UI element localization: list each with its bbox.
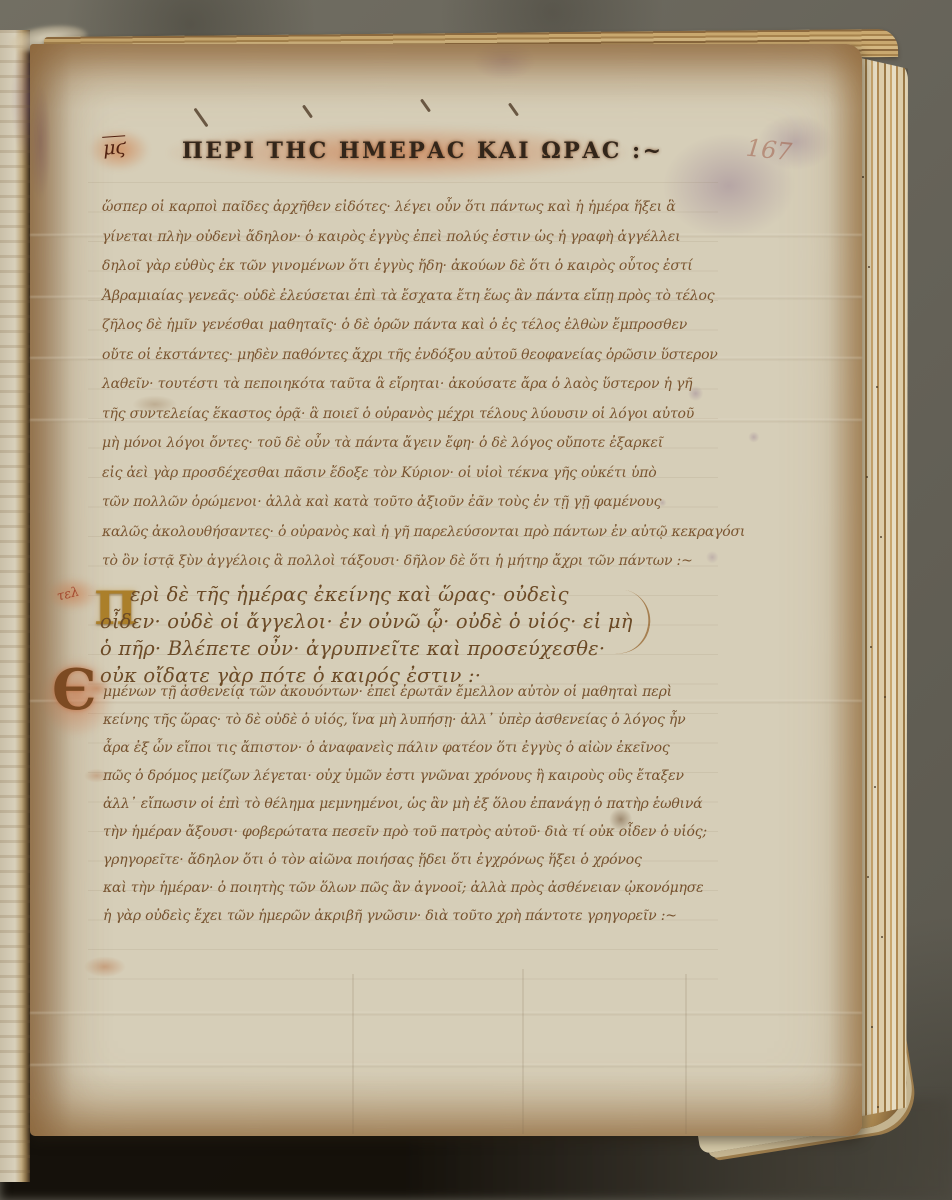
pen-stroke xyxy=(508,102,519,116)
text-line: μμένων τῇ ἀσθενείᾳ τῶν ἀκουόντων· ἐπεὶ ἐ… xyxy=(103,678,668,706)
text-line: δηλοῖ γὰρ εὐθὺς ἐκ τῶν γινομένων ὅτι ἐγγ… xyxy=(102,252,667,282)
pen-stroke xyxy=(302,104,313,118)
binding-gutter-edge xyxy=(0,30,30,1182)
manuscript-photograph: μϛ ΠΕΡΙ ΤΗϹ ΗΜΕΡΑϹ ΚΑΙ ΩΡΑϹ :~ 167 ὥσπερ… xyxy=(0,0,952,1200)
text-line: κείνης τῆς ὥρας· τὸ δὲ οὐδὲ ὁ υἱός, ἵνα … xyxy=(103,706,668,734)
text-line: τῶν πολλῶν ὁρώμενοι· ἀλλὰ καὶ κατὰ τοῦτο… xyxy=(102,488,667,518)
page-title: ΠΕΡΙ ΤΗϹ ΗΜΕΡΑϹ ΚΑΙ ΩΡΑϹ :~ xyxy=(182,138,622,164)
folio-number: 167 xyxy=(745,134,793,167)
ruling-crease-vertical xyxy=(522,969,524,1134)
text-line: εἰς ἀεὶ γὰρ προσδέχεσθαι πᾶσιν ἔδοξε τὸν… xyxy=(102,459,667,489)
text-line: ὁ πῆρ· Βλέπετε οὖν· ἀγρυπνεῖτε καὶ προσε… xyxy=(100,635,652,662)
text-line: τὸ ὂν ἱστᾷ ξὺν ἀγγέλοις ἃ πολλοὶ τάξουσι… xyxy=(102,547,667,577)
text-line: ἀλλ᾽ εἴπωσιν οἱ ἐπὶ τὸ θέλημα μεμνημένοι… xyxy=(103,790,668,818)
upper-commentary-block: ὥσπερ οἱ καρποὶ παῖδες ἀρχῆθεν εἰδότες· … xyxy=(102,193,667,577)
text-line: γρηγορεῖτε· ἄδηλον ὅτι ὁ τὸν αἰῶνα ποιήσ… xyxy=(103,846,668,874)
ruling-crease-vertical xyxy=(352,974,354,1134)
text-line: τὴν ἡμέραν ἄξουσι· φοβερώτατα πεσεῖν πρὸ… xyxy=(103,818,668,846)
text-line: μὴ μόνοι λόγοι ὄντες· τοῦ δὲ οὖν τὰ πάντ… xyxy=(102,429,667,459)
text-line: ὥσπερ οἱ καρποὶ παῖδες ἀρχῆθεν εἰδότες· … xyxy=(102,193,667,223)
initial-epsilon: Є xyxy=(52,662,97,718)
text-line: ἆρα ἐξ ὧν εἴποι τις ἄπιστον· ὁ ἀναφανεὶς… xyxy=(103,734,668,762)
parchment-crease xyxy=(30,1012,862,1015)
text-line: τῆς συντελείας ἕκαστος ὁρᾷ· ἃ ποιεῖ ὁ οὐ… xyxy=(102,400,667,430)
gospel-lemma-block: ερὶ δὲ τῆς ἡμέρας ἐκείνης καὶ ὥρας· οὐδε… xyxy=(100,581,652,689)
text-line: οἶδεν· οὐδὲ οἱ ἄγγελοι· ἐν οὐνῶ ᾧ· οὐδὲ … xyxy=(100,608,652,635)
pen-stroke xyxy=(420,98,431,112)
text-line: ερὶ δὲ τῆς ἡμέρας ἐκείνης καὶ ὥρας· οὐδε… xyxy=(100,581,652,608)
lower-commentary-block: μμένων τῇ ἀσθενείᾳ τῶν ἀκουόντων· ἐπεὶ ἐ… xyxy=(103,678,668,930)
chapter-number: μϛ xyxy=(102,136,126,160)
text-line: ζῆλος δὲ ἡμῖν γενέσθαι μαθηταῖς· ὁ δὲ ὁρ… xyxy=(102,311,667,341)
text-line: λαθεῖν· τουτέστι τὰ πεποιηκότα ταῦτα ἃ ε… xyxy=(102,370,667,400)
text-line: οὔτε οἱ ἐκστάντες· μηδὲν παθόντες ἄχρι τ… xyxy=(102,341,667,371)
text-line: γίνεται πλὴν οὐδενὶ ἄδηλον· ὁ καιρὸς ἐγγ… xyxy=(102,223,667,253)
text-line: πῶς ὁ δρόμος μείζων λέγεται· οὐχ ὑμῶν ἐσ… xyxy=(103,762,668,790)
text-line: ἡ γὰρ οὐδεὶς ἔχει τῶν ἡμερῶν ἀκριβῆ γνῶσ… xyxy=(103,902,668,930)
text-line: Ἀβραμιαίας γενεᾶς· οὐδὲ ἐλεύσεται ἐπὶ τὰ… xyxy=(102,282,667,312)
text-line: καλῶς ἀκολουθήσαντες· ὁ οὐρανὸς καὶ ἡ γῆ… xyxy=(102,518,667,548)
ruling-crease-vertical xyxy=(685,974,687,1134)
pen-stroke xyxy=(193,108,208,128)
manuscript-page: μϛ ΠΕΡΙ ΤΗϹ ΗΜΕΡΑϹ ΚΑΙ ΩΡΑϹ :~ 167 ὥσπερ… xyxy=(30,44,862,1136)
parchment-crease xyxy=(30,1064,862,1067)
text-line: καὶ τὴν ἡμέραν· ὁ ποιητὴς τῶν ὅλων πῶς ἂ… xyxy=(103,874,668,902)
